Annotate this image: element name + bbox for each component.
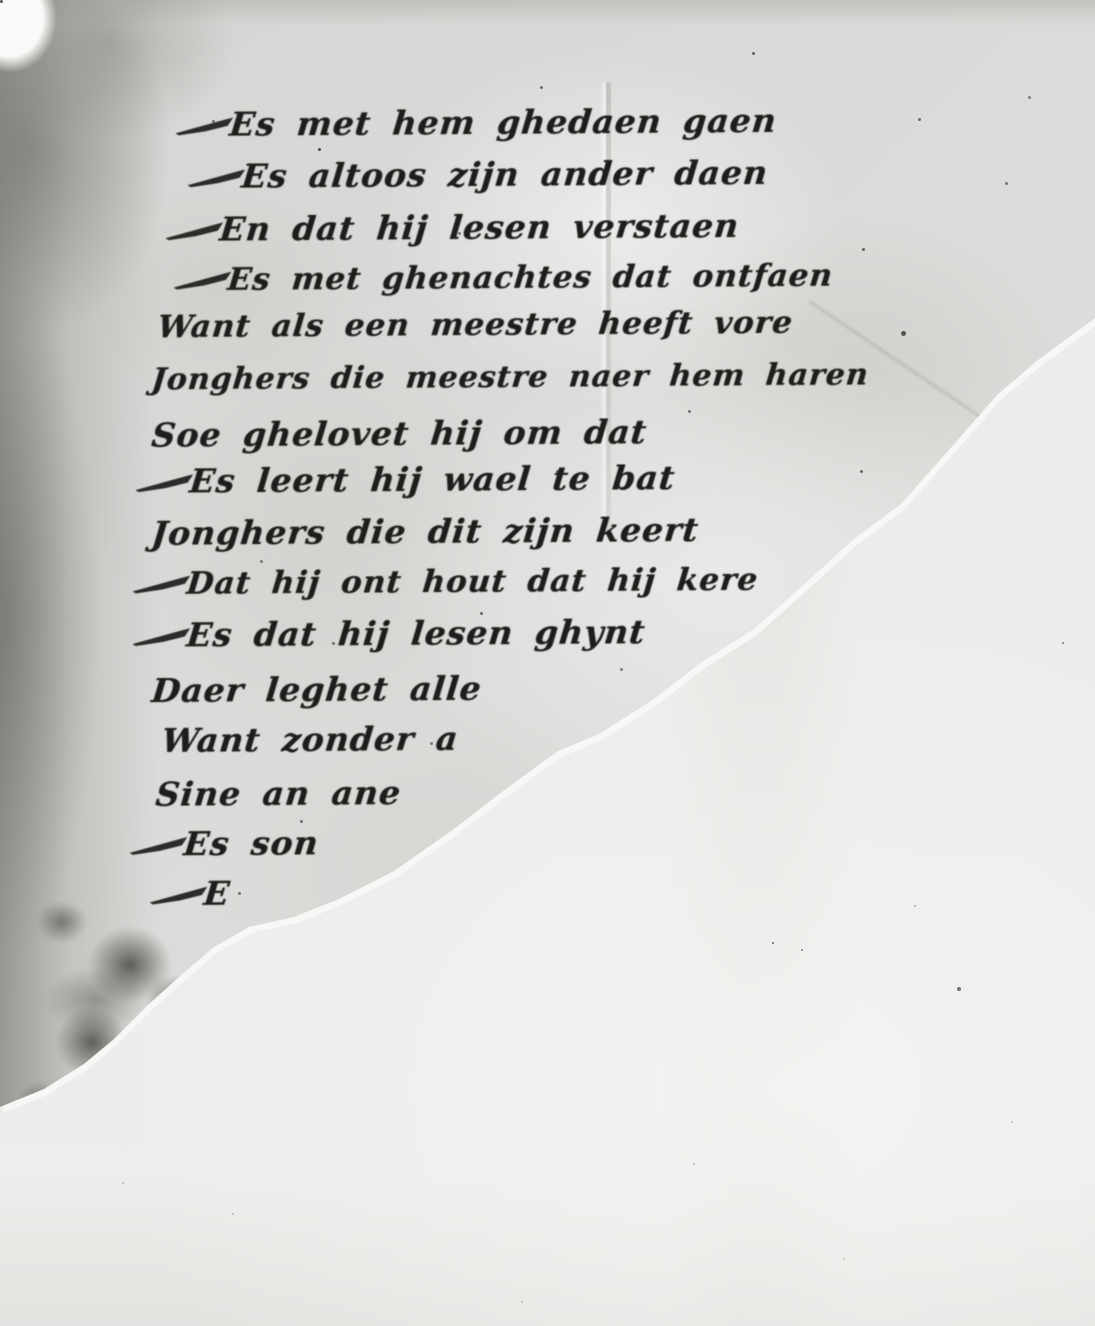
manuscript-line: Dat hij ont hout dat hij kere — [143, 562, 760, 602]
manuscript-line: Sine an ane — [154, 773, 403, 814]
manuscript-line: E — [160, 874, 232, 913]
manuscript-line: Es leert hij wael te bat — [146, 458, 677, 501]
manuscript-line: Es dat hij lesen ghynt — [143, 612, 648, 654]
manuscript-line: Es met hem ghedaen gaen — [186, 101, 779, 144]
manuscript-line: Soe ghelovet hij om dat — [150, 412, 649, 454]
manuscript-line: Daer leghet alle — [150, 669, 484, 710]
manuscript-line: Want als een meestre heeft vore — [156, 305, 795, 345]
manuscript-line: Es met ghenachtes dat ontfaen — [184, 258, 835, 299]
manuscript-line: Es altoos zijn ander daen — [198, 153, 770, 196]
manuscript-line: Es son — [140, 823, 321, 863]
manuscript-line: Want zonder a — [160, 719, 460, 760]
manuscript-scan-page: Es met hem ghedaen gaen Es altoos zijn a… — [0, 0, 1095, 1326]
manuscript-line: Jonghers die meestre naer hem haren — [150, 357, 871, 397]
manuscript-line: Jonghers die dit zijn keert — [150, 510, 701, 553]
manuscript-line: En dat hij lesen verstaen — [176, 206, 741, 249]
ink-speckles — [0, 0, 3, 3]
